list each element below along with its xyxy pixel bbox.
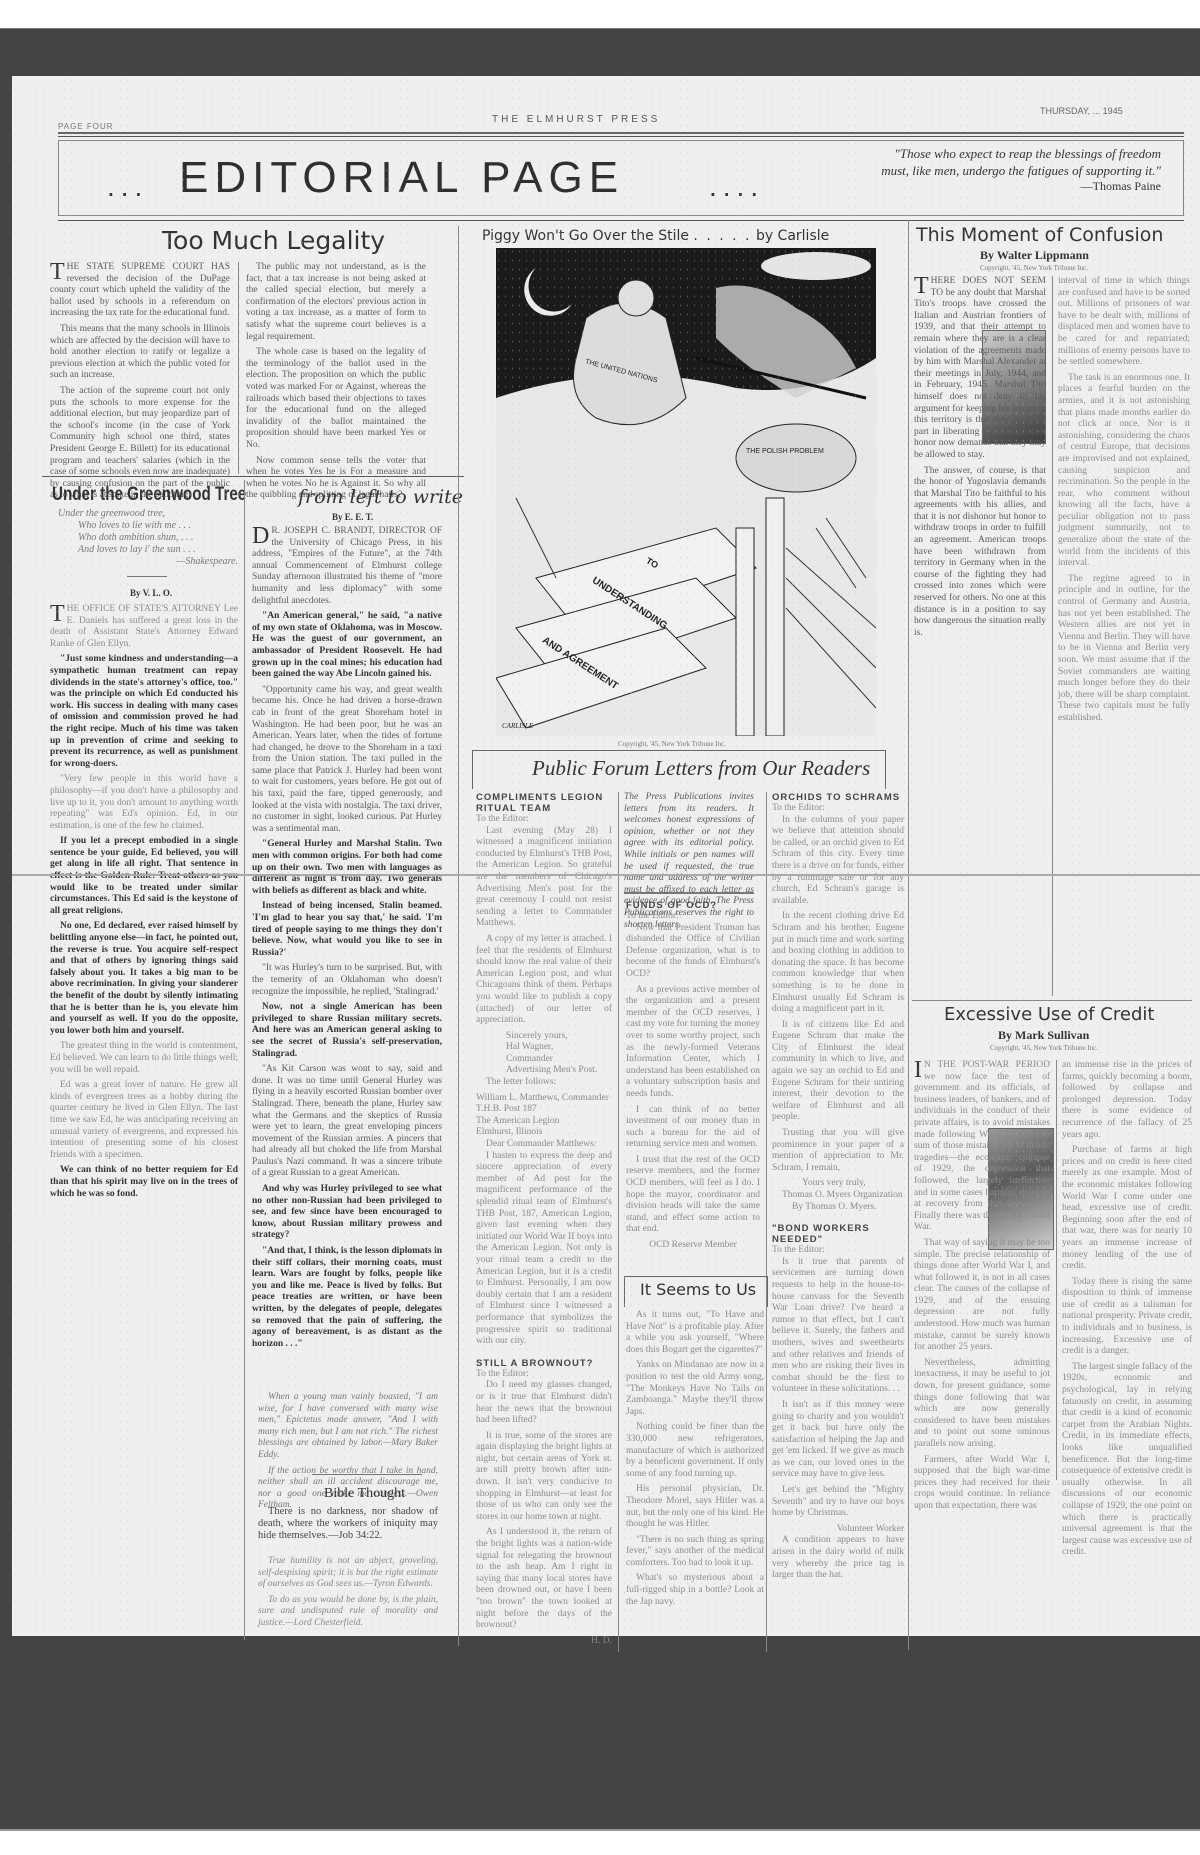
letter-orchids-schrams: ORCHIDS TO SCHRAMS To the Editor: In the… [772, 792, 904, 1586]
letter-signature: Volunteer Worker [772, 1524, 904, 1536]
too-much-legality-headline: Too Much Legality [162, 226, 385, 255]
letter-signature: OCD Reserve Member [626, 1240, 760, 1252]
greenwood-body: THE OFFICE OF STATE'S ATTORNEY Lee E. Da… [50, 604, 238, 1204]
paragraph: Yanks on Mindanao are now in a position … [626, 1360, 764, 1418]
quote-paragraph: When a young man vainly boasted, "I am w… [258, 1392, 438, 1462]
paragraph: What's so mysterious about a full-rigged… [626, 1573, 764, 1608]
paragraph: We can think of no better requiem for Ed… [50, 1165, 238, 1200]
poem-line: And loves to lay i' the sun . . . [58, 544, 238, 556]
cartoon-illustration [496, 248, 876, 736]
paragraph: Is it true that parents of servicemen ar… [772, 1257, 904, 1396]
left-to-write-headline: from left to write [298, 486, 463, 508]
divider [312, 1474, 422, 1475]
banner-title: EDITORIAL PAGE [179, 153, 624, 203]
greenwood-poem: Under the greenwood tree, Who loves to l… [58, 508, 238, 568]
confusion-byline: By Walter Lippmann [980, 248, 1089, 263]
too-much-legality-col2: The public may not understand, as is the… [246, 262, 426, 506]
paper-name: THE ELMHURST PRESS [492, 114, 660, 125]
paragraph: As I understood it, the return of the br… [476, 1527, 612, 1631]
paragraph: No one, Ed declared, ever raised himself… [50, 921, 238, 1037]
bible-thought-headline: Bible Thought [324, 1486, 405, 1502]
newspaper-page: PAGE FOUR THE ELMHURST PRESS THURSDAY, .… [12, 76, 1200, 1636]
paragraph: I trust that the rest of the OCD reserve… [626, 1155, 760, 1236]
column-rule [766, 792, 767, 1652]
paragraph: "Opportunity came his way, and great wea… [252, 685, 442, 836]
too-much-legality-col1: THE STATE SUPREME COURT HAS reversed the… [50, 262, 230, 506]
signoff-line: Yours very truly, [772, 1178, 904, 1190]
column-rule [238, 262, 239, 474]
column-rule [244, 480, 245, 1640]
greenwood-byline: By V. L. O. [130, 588, 172, 598]
quote-paragraph: To do as you would be done by, is the pl… [258, 1595, 438, 1630]
paragraph: interval of time in which things are con… [1058, 276, 1190, 369]
left-to-write-body: DR. JOSEPH C. BRANDT, DIRECTOR OF the Un… [252, 526, 442, 1354]
paragraph: Do I need my glasses changed, or is it t… [476, 1380, 612, 1426]
cartoon-copyright: Copyright, '45, New York Tribune Inc. [618, 740, 726, 748]
paragraph: As it turns out, "To Have and Have Not" … [626, 1310, 764, 1356]
poem-line: Who loves to lie with me . . . [58, 520, 238, 532]
paragraph: "It was Hurley's turn to be surprised. B… [252, 963, 442, 998]
letter-headline: COMPLIMENTS LEGION RITUAL TEAM [476, 792, 612, 814]
verse: There is no darkness, nor shadow of deat… [258, 1506, 438, 1542]
credit-headline: Excessive Use of Credit [944, 1004, 1154, 1025]
signoff-line: By Thomas O. Myers. [772, 1202, 904, 1214]
paragraph: "There is no such thing as spring fever,… [626, 1535, 764, 1570]
letter-salutation: To the Editor: [772, 803, 904, 815]
letter-headline: "BOND WORKERS NEEDED" [772, 1223, 904, 1245]
page-fold-line [12, 874, 1200, 876]
paragraph: "And that, I think, is the lesson diplom… [252, 1246, 442, 1350]
cartoon-byline: by Carlisle [756, 228, 829, 244]
paragraph: Let's get behind the "Mighty Seventh" an… [772, 1485, 904, 1520]
letter-headline: STILL A BROWNOUT? [476, 1358, 612, 1369]
paragraph: The whole case is based on the legality … [246, 347, 426, 451]
address-line: T.H.B. Post 187 [476, 1104, 612, 1116]
letter-salutation: To the Editor: [626, 911, 760, 923]
letter-headline: FUNDS OF OCD? [626, 900, 760, 911]
paragraph: The greatest thing in the world is conte… [50, 1041, 238, 1076]
column-rule [458, 226, 459, 1646]
signoff-line: Sincerely yours, [506, 1031, 612, 1043]
paragraph: Purchase of farms at high prices and on … [1062, 1145, 1192, 1273]
banner-quote: "Those who expect to reap the blessings … [741, 145, 1161, 194]
banner-lead-dots: ... [107, 171, 148, 203]
credit-col2: an immense rise in the prices of farms, … [1062, 1060, 1192, 1563]
cartoon-dots: . . . . . [693, 228, 751, 244]
cartoon-headline: Piggy Won't Go Over the Stile . . . . . … [482, 228, 829, 244]
letter-salutation: To the Editor: [476, 814, 612, 826]
letter-salutation: To the Editor: [476, 1369, 612, 1381]
poem-line: Under the greenwood tree, [58, 508, 238, 520]
column-rule [1056, 1060, 1057, 1480]
paragraph: And why was Hurley privileged to see wha… [252, 1184, 442, 1242]
poem-attribution: —Shakespeare. [58, 556, 238, 568]
paragraph: I hasten to express the deep and sincere… [476, 1151, 612, 1348]
credit-copyright: Copyright, '45, New York Tribune Inc. [990, 1044, 1098, 1052]
letter-headline: ORCHIDS TO SCHRAMS [772, 792, 904, 803]
it-seems-headline: It Seems to Us [640, 1280, 756, 1299]
paragraph: As a previous active member of the organ… [626, 985, 760, 1101]
paragraph: Trusting that you will give prominence i… [772, 1128, 904, 1174]
paragraph: If you let a precept embodied in a singl… [50, 836, 238, 917]
issue-date: THURSDAY, ... 1945 [1040, 106, 1123, 116]
address-line: The American Legion [476, 1116, 612, 1128]
paragraph: Now that President Truman has disbanded … [626, 923, 760, 981]
paragraph: "Just some kindness and understanding—a … [50, 654, 238, 770]
paragraph: That way of saying it may be too simple.… [914, 1238, 1050, 1354]
letters-policy-box: The Press Publications invites letters f… [624, 792, 754, 894]
banner-underline [58, 220, 1184, 221]
paragraph: Now, not a single American has been priv… [252, 1002, 442, 1060]
paragraph: THE STATE SUPREME COURT HAS reversed the… [50, 262, 230, 320]
paragraph: A copy of my letter is attached. I feel … [476, 934, 612, 1027]
paragraph: THE OFFICE OF STATE'S ATTORNEY Lee E. Da… [50, 604, 238, 650]
paragraph: Ed was a great lover of nature. He grew … [50, 1080, 238, 1161]
column-rule [1052, 276, 1053, 996]
paragraph: The answer, of course, is that the honor… [914, 466, 1046, 640]
letter-salutation: To the Editor: [772, 1245, 904, 1257]
paragraph: The public may not understand, as is the… [246, 262, 426, 343]
address-line: Elmhurst, Illinois [476, 1127, 612, 1139]
letter-signoff: Sincerely yours, Hal Wagner, Commander A… [476, 1031, 612, 1077]
it-seems-body: As it turns out, "To Have and Have Not" … [626, 1310, 764, 1612]
column-rule [618, 792, 619, 1652]
paragraph: The regime agreed to in principle and in… [1058, 574, 1190, 725]
address-line: William L. Matthews, Commander [476, 1093, 612, 1105]
divider [127, 576, 167, 577]
paragraph: It is true, some of the stores are again… [476, 1431, 612, 1524]
bible-quotes: True humility is not an abject, grovelin… [258, 1556, 438, 1634]
paragraph: Farmers, after World War I, supposed tha… [914, 1455, 1050, 1513]
paragraph: This means that the many schools in Illi… [50, 324, 230, 382]
letter-signature: H. D. [476, 1636, 612, 1648]
paragraph: The task is an enormous one. It places a… [1058, 373, 1190, 570]
quote-attribution: —Thomas Paine [741, 179, 1161, 194]
paragraph: IN THE POST-WAR PERIOD we now face the t… [914, 1060, 1050, 1234]
paragraph: Nothing could be finer than the 330,000 … [626, 1422, 764, 1480]
greenwood-headline: Under the Greenwood Tree [52, 484, 246, 506]
letter-salutation: Dear Commander Matthews: [476, 1139, 612, 1151]
paragraph: Last evening (May 28) I witnessed a magn… [476, 826, 612, 930]
masthead-rule-thin [58, 136, 1184, 137]
column-rule [908, 220, 909, 1650]
section-rule [912, 1000, 1192, 1001]
paragraph: It is of citizens like Ed and Eugene Sch… [772, 1020, 904, 1124]
section-rule [42, 476, 464, 477]
public-forum-headline: Public Forum Letters from Our Readers [532, 756, 870, 781]
paragraph: The largest single fallacy of the 1920s,… [1062, 1362, 1192, 1559]
paragraph: "As Kit Carson was wont to say, said and… [252, 1064, 442, 1180]
confusion-headline: This Moment of Confusion [916, 224, 1163, 246]
cartoonist-signature: CARLISLE [502, 722, 533, 730]
credit-byline: By Mark Sullivan [998, 1028, 1089, 1043]
letter-compliments-legion: COMPLIMENTS LEGION RITUAL TEAM To the Ed… [476, 792, 612, 1647]
signoff-line: Hal Wagner, [506, 1042, 612, 1054]
paragraph: Instead of being incensed, Stalin beamed… [252, 901, 442, 959]
paragraph: "Very few people in this world have a ph… [50, 774, 238, 832]
paragraph: In the recent clothing drive Ed Schram a… [772, 911, 904, 1015]
paragraph: The letter follows: [476, 1077, 612, 1089]
confusion-copyright: Copyright, '45, New York Tribune Inc. [980, 264, 1088, 272]
bible-verse: There is no darkness, nor shadow of deat… [258, 1506, 438, 1546]
paragraph: DR. JOSEPH C. BRANDT, DIRECTOR OF the Un… [252, 526, 442, 607]
left-to-write-byline: By E. E. T. [332, 512, 373, 522]
label-polish-problem: THE POLISH PROBLEM [746, 448, 824, 455]
paragraph: an immense rise in the prices of farms, … [1062, 1060, 1192, 1141]
quote-paragraph: True humility is not an abject, grovelin… [258, 1556, 438, 1591]
signoff-line: Thomas O. Myers Organization [772, 1190, 904, 1202]
cartoon-title: Piggy Won't Go Over the Stile [482, 228, 689, 244]
confusion-col2: interval of time in which things are con… [1058, 276, 1190, 729]
paragraph: Today there is rising the same dispositi… [1062, 1277, 1192, 1358]
paragraph: It isn't as if this money were going to … [772, 1400, 904, 1481]
signoff-line: Commander [506, 1054, 612, 1066]
editorial-cartoon: THE UNITED NATIONS THE POLISH PROBLEM TO… [496, 248, 876, 736]
masthead-rule [58, 132, 1184, 134]
page-label: PAGE FOUR [58, 122, 114, 131]
quote-line-2: must, like men, undergo the fatigues of … [741, 162, 1161, 179]
paragraph: A condition appears to have arisen in th… [772, 1535, 904, 1581]
quote-line-1: "Those who expect to reap the blessings … [741, 145, 1161, 162]
editorial-banner: ... EDITORIAL PAGE .... "Those who expec… [58, 140, 1184, 216]
signoff-line: Advertising Men's Post. [506, 1065, 612, 1077]
paragraph: "An American general," he said, "a nativ… [252, 611, 442, 681]
paragraph: I can think of no better investment of o… [626, 1105, 760, 1151]
paragraph: In the columns of your paper we believe … [772, 815, 904, 908]
credit-col1: IN THE POST-WAR PERIOD we now face the t… [914, 1060, 1050, 1517]
paragraph: His personal physician, Dr. Theodore Mor… [626, 1484, 764, 1530]
poem-line: Who doth ambition shun, . . . [58, 532, 238, 544]
paragraph: "General Hurley and Marshal Stalin. Two … [252, 839, 442, 897]
paragraph: Nevertheless, admitting inexactness, it … [914, 1358, 1050, 1451]
confusion-col1: THERE DOES NOT SEEM TO be any doubt that… [914, 276, 1046, 643]
paragraph: THERE DOES NOT SEEM TO be any doubt that… [914, 276, 1046, 462]
letter-funds-ocd: FUNDS OF OCD? To the Editor: Now that Pr… [626, 900, 760, 1252]
